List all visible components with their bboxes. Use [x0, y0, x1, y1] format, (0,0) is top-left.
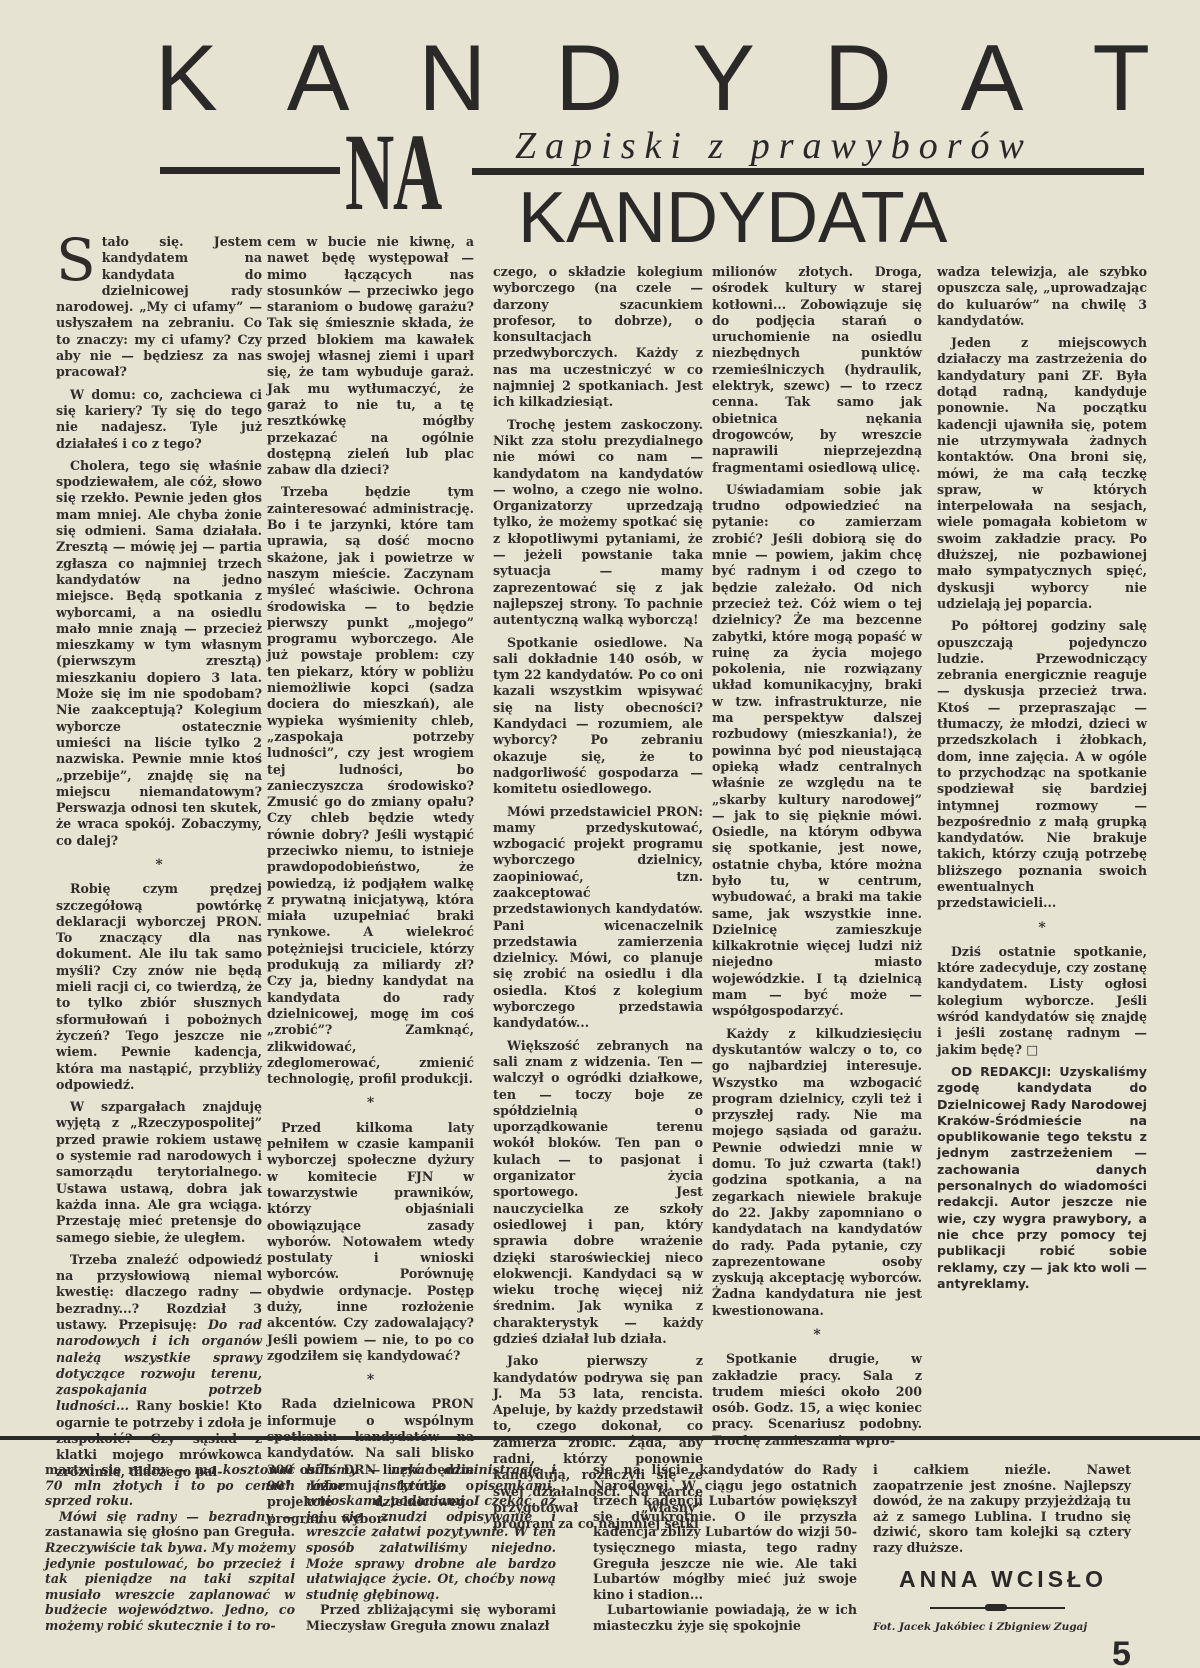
bottom-column-4: i całkiem nieźle. Nawet zaopatrzenie jes… [873, 1462, 1131, 1556]
headline-top: K A N D Y D A T [155, 30, 1150, 125]
headline-bottom: KANDYDATA [518, 180, 1148, 256]
article-column-5: wadza telewizja, ale szybko opuszcza sal… [937, 264, 1147, 1298]
drop-cap: S [56, 236, 96, 284]
section-separator-star: * [937, 920, 1147, 936]
quote-text: Mówi się radny — bezradny — [59, 1509, 295, 1524]
section-separator-star: * [712, 1327, 922, 1343]
paragraph: się na liście kandydatów do Rady Narodow… [593, 1462, 857, 1602]
headline-letter: Y [692, 30, 755, 125]
paragraph: Stało się. Jestem kandydatem na kandydat… [56, 234, 262, 381]
article-column-2: cem w bucie nie kiwnę, a nawet będę wyst… [267, 234, 474, 1533]
paragraph: W szpargałach znajduję wyjętą z „Rzeczyp… [56, 1099, 262, 1246]
paragraph: Uświadamiam sobie jak trudno odpowiedzie… [712, 482, 922, 1020]
headline-letter: D [555, 30, 623, 125]
bottom-column-1: martwi się radny — ma kosztować 70 mln z… [45, 1462, 295, 1634]
headline-letter: D [824, 30, 892, 125]
paragraph: Mówi się radny — bezradny — zastanawia s… [45, 1509, 295, 1634]
paragraph: milionów złotych. Droga, ośrodek kultury… [712, 264, 922, 476]
paragraph: Lubartowianie powiadają, że w ich miaste… [593, 1602, 857, 1633]
headline-letter: K [155, 30, 218, 125]
ornament-center [985, 1604, 1007, 1611]
bottom-column-3: się na liście kandydatów do Rady Narodow… [593, 1462, 857, 1634]
section-separator-star: * [267, 1095, 474, 1111]
page-number: 5 [1112, 1640, 1131, 1668]
paragraph: Jeden z miejscowych działaczy ma zastrze… [937, 335, 1147, 612]
author-byline: ANNA WCISŁO [873, 1566, 1133, 1593]
paragraph: Dziś ostatnie spotkanie, które zadecyduj… [937, 944, 1147, 1058]
section-separator-star: * [56, 857, 262, 873]
article-column-1: Stało się. Jestem kandydatem na kandydat… [56, 234, 262, 1486]
paragraph: Trzeba będzie tym zainteresować administ… [267, 484, 474, 1087]
bottom-column-2: biliśmy — nękać administrację i różne in… [306, 1462, 556, 1634]
paragraph: Przed kilkoma laty pełniłem w czasie kam… [267, 1120, 474, 1364]
paragraph: Trzeba znaleźć odpowiedź na przysłowiową… [56, 1252, 262, 1480]
paragraph: Robię czym prędzej szczegółową powtórkę … [56, 881, 262, 1093]
editorial-note: OD REDAKCJI: Uzyskaliśmy zgodę kandydata… [937, 1064, 1147, 1292]
paragraph: cem w bucie nie kiwnę, a nawet będę wyst… [267, 234, 474, 478]
headline-bottom-text: KANDYDATA [518, 180, 947, 256]
section-separator-star: * [267, 1372, 474, 1388]
paragraph: biliśmy — nękać administrację i różne in… [306, 1462, 556, 1602]
paragraph: czego, o składzie kolegium wyborczego (n… [493, 264, 703, 411]
headline-subtitle: Zapiski z prawyborów [515, 124, 1105, 168]
quote-text: Rzeczywiście tak bywa. My możemy jedynie… [45, 1540, 295, 1633]
newspaper-page: K A N D Y D A T NA Zapiski z prawyborów … [0, 0, 1200, 1668]
headline-rule-right [472, 168, 1144, 175]
paragraph: Mówi przedstawiciel PRON: mamy przedysku… [493, 804, 703, 1032]
paragraph: Po półtorej godziny salę opuszczają poje… [937, 618, 1147, 911]
paragraph: W domu: co, zachciewa ci się kariery? Ty… [56, 387, 262, 452]
paragraph: Większość zebranych na sali znam z widze… [493, 1038, 703, 1348]
headline-letter: T [1092, 30, 1149, 125]
paragraph: i całkiem nieźle. Nawet zaopatrzenie jes… [873, 1462, 1131, 1556]
paragraph: Trochę jestem zaskoczony. Nikt zza stołu… [493, 417, 703, 629]
quote-text: biliśmy — nękać administrację i różne in… [306, 1462, 556, 1602]
article-column-4: milionów złotych. Droga, ośrodek kultury… [712, 264, 922, 1455]
headline-letter: A [287, 30, 350, 125]
article-column-3: czego, o składzie kolegium wyborczego (n… [493, 264, 703, 1539]
paragraph-text: zastanawia się głośno pan Greguła. [45, 1524, 295, 1539]
section-divider-rule [0, 1436, 1200, 1440]
headline-middle: NA [345, 122, 413, 222]
paragraph: Cholera, tego się właśnie spodziewałem, … [56, 458, 262, 849]
photo-credit: Fot. Jacek Jakóbiec i Zbigniew Zugaj [873, 1621, 1141, 1633]
paragraph: wadza telewizja, ale szybko opuszcza sal… [937, 264, 1147, 329]
paragraph: Spotkanie osiedlowe. Na sali dokładnie 1… [493, 635, 703, 798]
paragraph: martwi się radny — ma kosztować 70 mln z… [45, 1462, 295, 1509]
paragraph: Przed zbliżającymi się wyborami Mieczysł… [306, 1602, 556, 1633]
paragraph: Każdy z kilkudziesięciu dyskutantów walc… [712, 1026, 922, 1319]
headline-letter: A [961, 30, 1024, 125]
paragraph: Spotkanie drugie, w zakładzie pracy. Sal… [712, 1351, 922, 1449]
headline-rule-left [160, 167, 340, 174]
paragraph-text: martwi się radny — [45, 1462, 194, 1477]
